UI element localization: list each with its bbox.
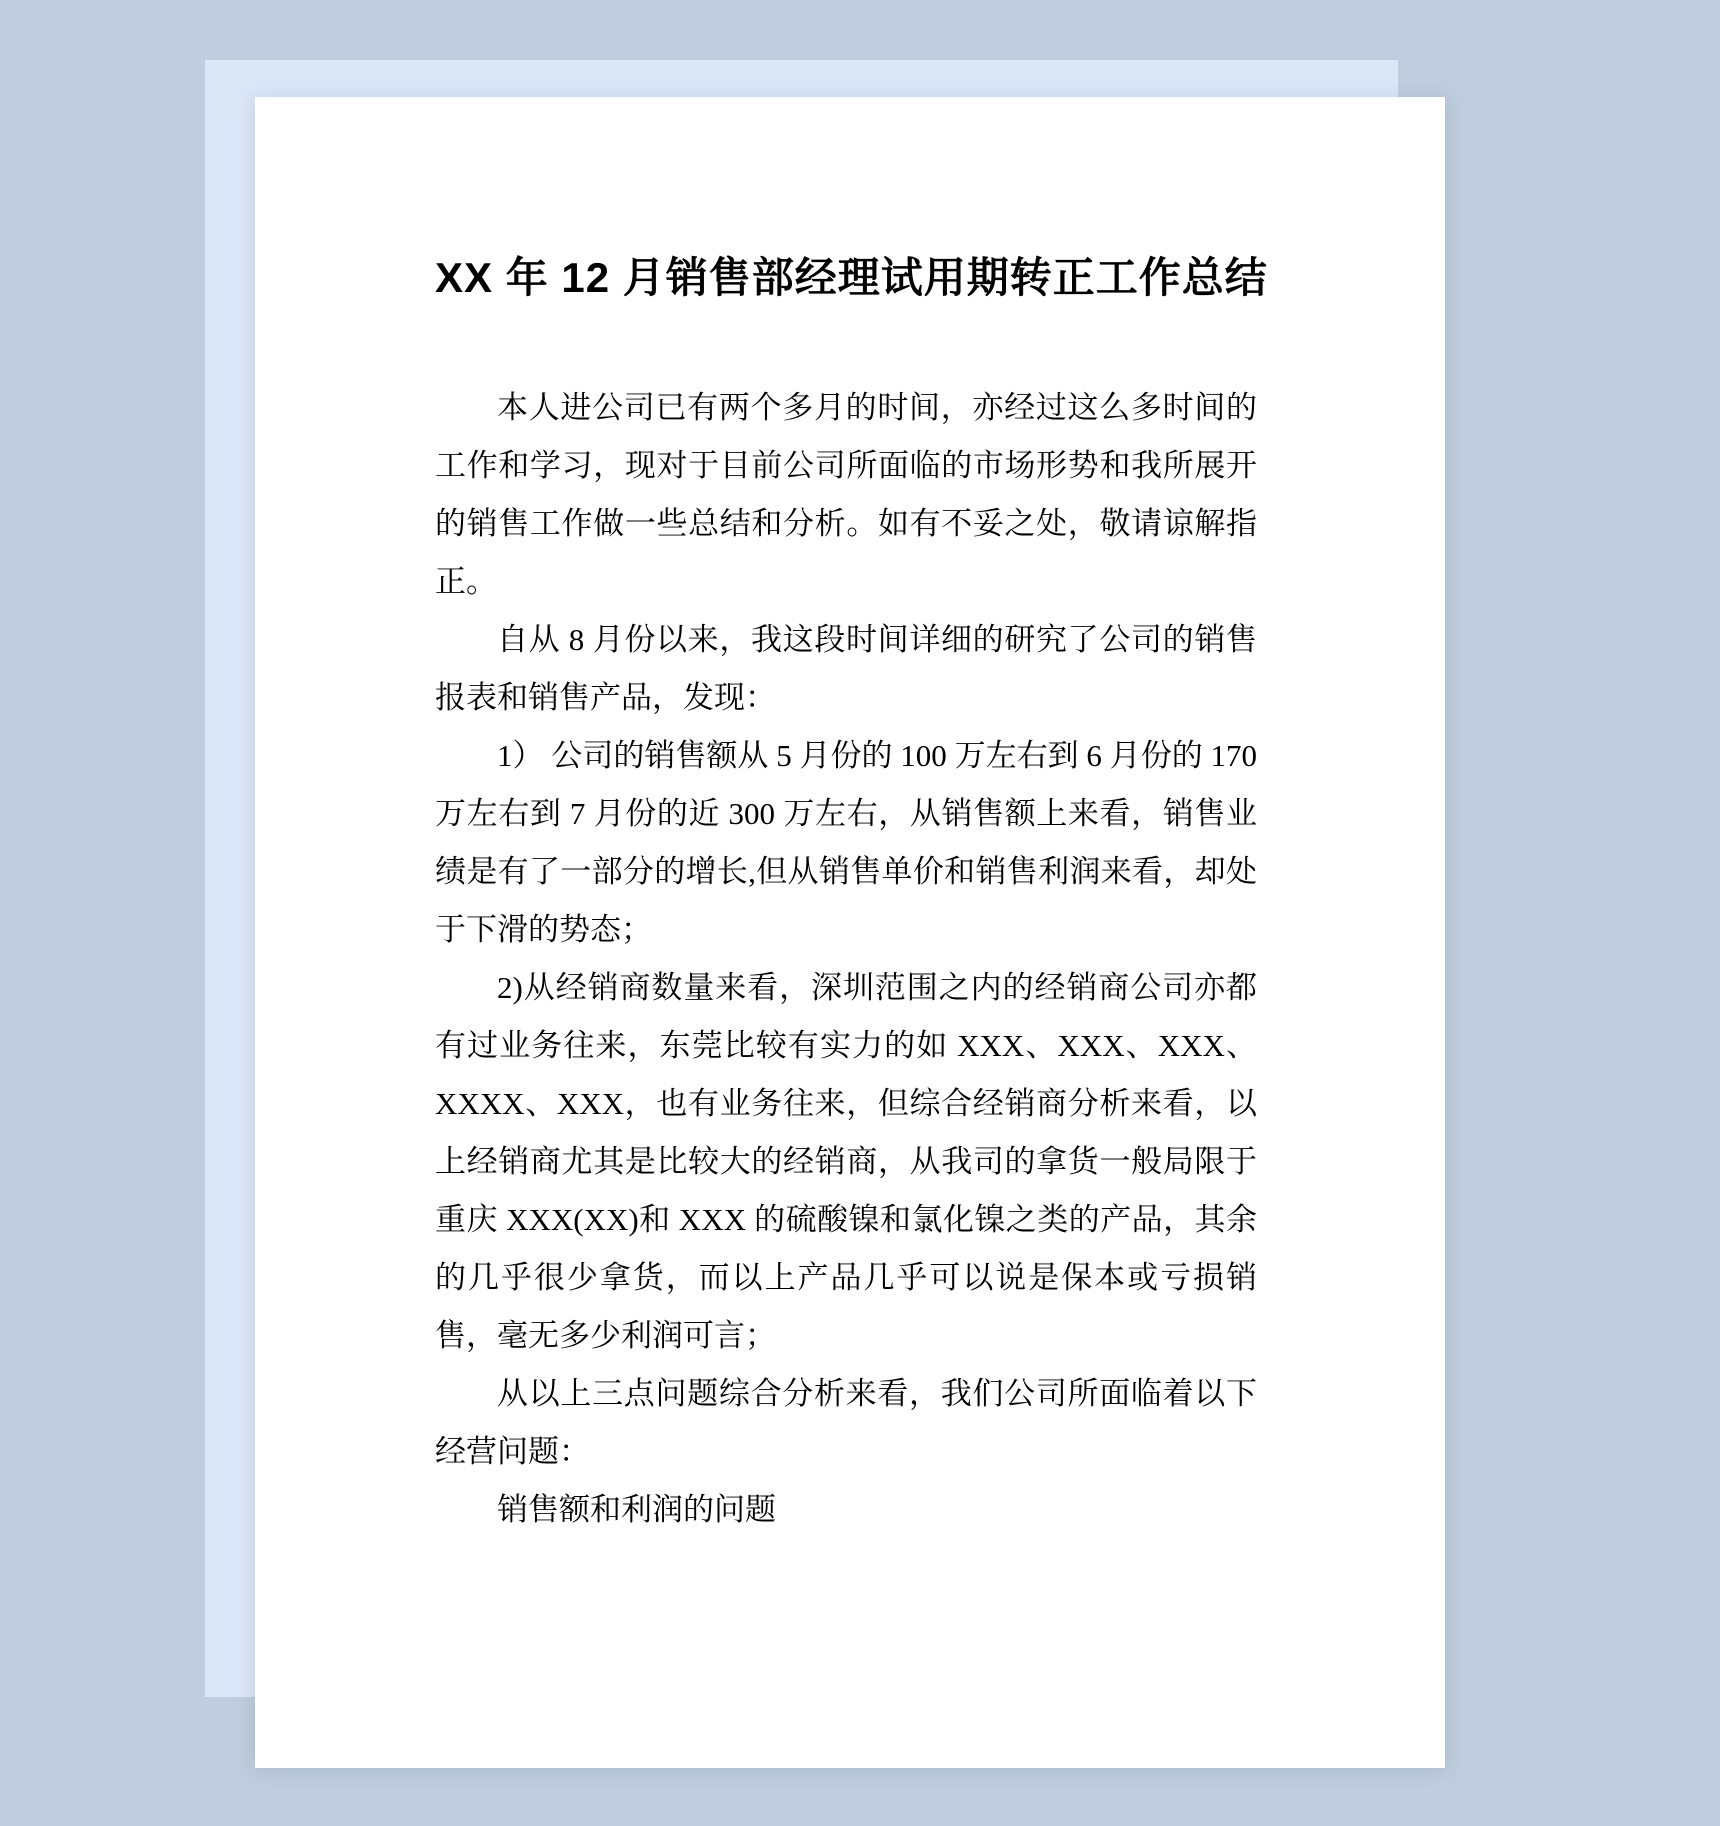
document-title: XX 年 12 月销售部经理试用期转正工作总结: [435, 97, 1257, 309]
paragraph: 2)从经销商数量来看，深圳范围之内的经销商公司亦都有过业务往来，东莞比较有实力的…: [435, 959, 1257, 1365]
paragraph: 销售额和利润的问题: [435, 1481, 1257, 1539]
paragraph: 本人进公司已有两个多月的时间，亦经过这么多时间的工作和学习，现对于目前公司所面临…: [435, 379, 1257, 611]
paragraph: 1） 公司的销售额从 5 月份的 100 万左右到 6 月份的 170 万左右到…: [435, 727, 1257, 959]
paragraph: 自从 8 月份以来，我这段时间详细的研究了公司的销售报表和销售产品，发现：: [435, 611, 1257, 727]
document-body: 本人进公司已有两个多月的时间，亦经过这么多时间的工作和学习，现对于目前公司所面临…: [435, 379, 1257, 1539]
paragraph: 从以上三点问题综合分析来看，我们公司所面临着以下经营问题：: [435, 1365, 1257, 1481]
document-viewer: { "document": { "title": "XX 年 12 月销售部经理…: [0, 0, 1720, 1826]
document-page: XX 年 12 月销售部经理试用期转正工作总结 本人进公司已有两个多月的时间，亦…: [255, 97, 1445, 1768]
